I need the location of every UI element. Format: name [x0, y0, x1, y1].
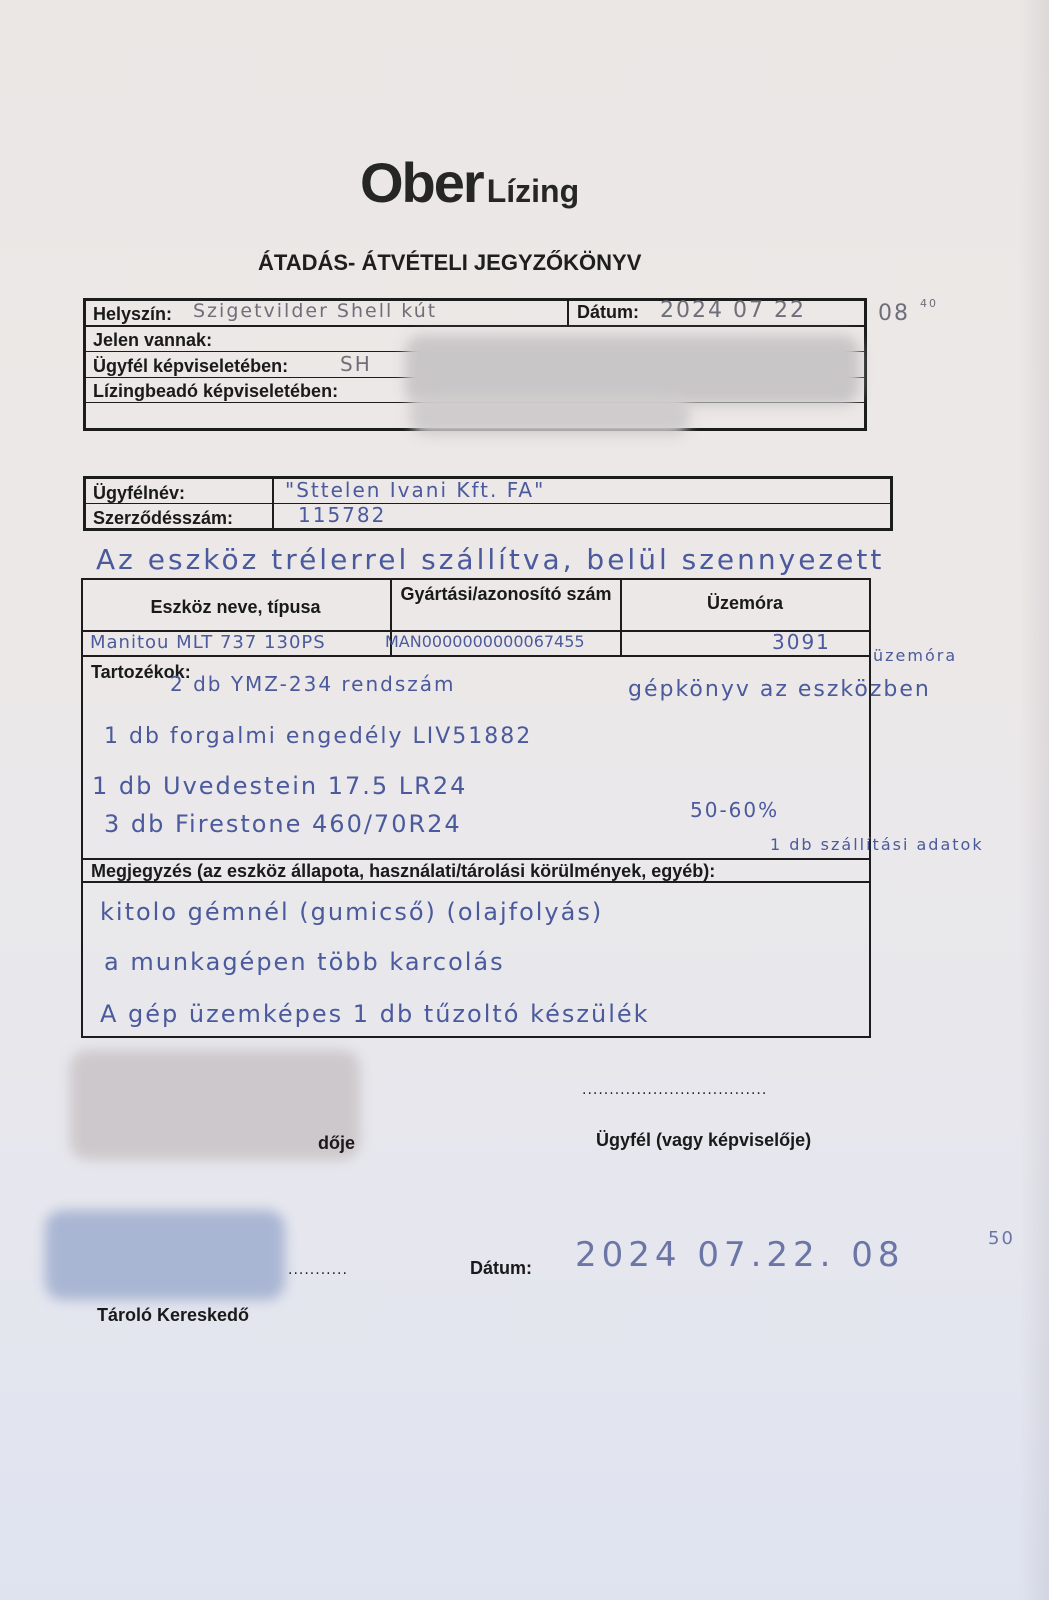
equipment-hours-value: 3091 — [772, 630, 831, 654]
company-logo: OberLízing — [360, 150, 579, 215]
accessory-line: 2 db YMZ-234 rendszám — [170, 672, 456, 696]
redacted-stamp — [45, 1210, 285, 1300]
redacted-lessor-signature — [70, 1050, 360, 1160]
accessory-line: 1 db forgalmi engedély LIV51882 — [104, 724, 532, 749]
contract-value: 115782 — [298, 503, 386, 527]
remark-line: kitolo gémnél (gumicső) (olajfolyás) — [100, 898, 603, 926]
contract-label: Szerződésszám: — [93, 508, 233, 529]
date-label: Dátum: — [577, 302, 639, 323]
client-signature-label: Ügyfél (vagy képviselője) — [596, 1130, 811, 1151]
client-rep-value: SH — [340, 352, 372, 376]
accessory-line: 50-60% — [690, 798, 779, 822]
header-serial-number: Gyártási/azonosító szám — [392, 582, 620, 606]
dealer-label: Tároló Kereskedő — [97, 1305, 249, 1326]
lessor-rep-signature-label: dője — [318, 1133, 355, 1154]
signature-date-value: 2024 07.22. 08 — [575, 1235, 905, 1275]
header-operating-hours: Üzemóra — [622, 593, 868, 614]
present-label: Jelen vannak: — [93, 330, 212, 351]
remarks-label: Megjegyzés (az eszköz állapota, használa… — [91, 861, 715, 882]
accessory-line: gépkönyv az eszközben — [628, 677, 931, 702]
client-rep-label: Ügyfél képviseletében: — [93, 356, 288, 377]
header-equipment-name: Eszköz neve, típusa — [81, 597, 390, 618]
logo-suffix: Lízing — [487, 173, 579, 209]
document-page: OberLízing ÁTADÁS- ÁTVÉTELI JEGYZŐKÖNYV … — [0, 0, 1049, 1600]
transport-note: Az eszköz trélerrel szállítva, belül sze… — [96, 543, 884, 576]
equipment-name-value: Manitou MLT 737 130PS — [90, 632, 326, 653]
hours-margin-note: üzemóra — [873, 646, 957, 665]
time-value: 08 — [878, 301, 910, 326]
lessor-rep-label: Lízingbeadó képviseletében: — [93, 381, 338, 402]
location-value: Szigetvilder Shell kút — [193, 300, 437, 322]
accessory-line: 3 db Firestone 460/70R24 — [104, 810, 462, 838]
remark-line: a munkagépen több karcolás — [104, 948, 505, 976]
remark-line: A gép üzemképes 1 db tűzoltó készülék — [100, 1000, 650, 1028]
date-value: 2024 07 22 — [660, 298, 806, 323]
dealer-signature-line: ........... — [288, 1262, 348, 1278]
document-title: ÁTADÁS- ÁTVÉTELI JEGYZŐKÖNYV — [258, 250, 641, 276]
client-name-label: Ügyfélnév: — [93, 483, 185, 504]
signature-date-minutes: 50 — [988, 1228, 1015, 1249]
remarks-top-line — [81, 858, 871, 860]
equipment-col-divider — [620, 578, 622, 656]
client-signature-line: .................................. — [582, 1082, 767, 1098]
location-label: Helyszín: — [93, 304, 172, 325]
info-date-divider — [567, 298, 569, 326]
equipment-serial-value: MAN0000000000067455 — [385, 632, 585, 651]
accessory-line: 1 db szállítási adatok — [770, 835, 984, 854]
signature-date-label: Dátum: — [470, 1258, 532, 1279]
client-row-line — [83, 503, 893, 504]
info-row-line — [83, 325, 867, 327]
time-minutes: 40 — [920, 297, 938, 310]
paper-edge-shadow — [1019, 0, 1049, 1600]
client-name-value: "Sttelen Ivani Kft. FA" — [285, 478, 545, 502]
equipment-row-line — [81, 655, 871, 657]
accessory-line: 1 db Uvedestein 17.5 LR24 — [92, 772, 467, 800]
redacted-names — [410, 395, 690, 435]
logo-brand: Ober — [360, 151, 483, 214]
